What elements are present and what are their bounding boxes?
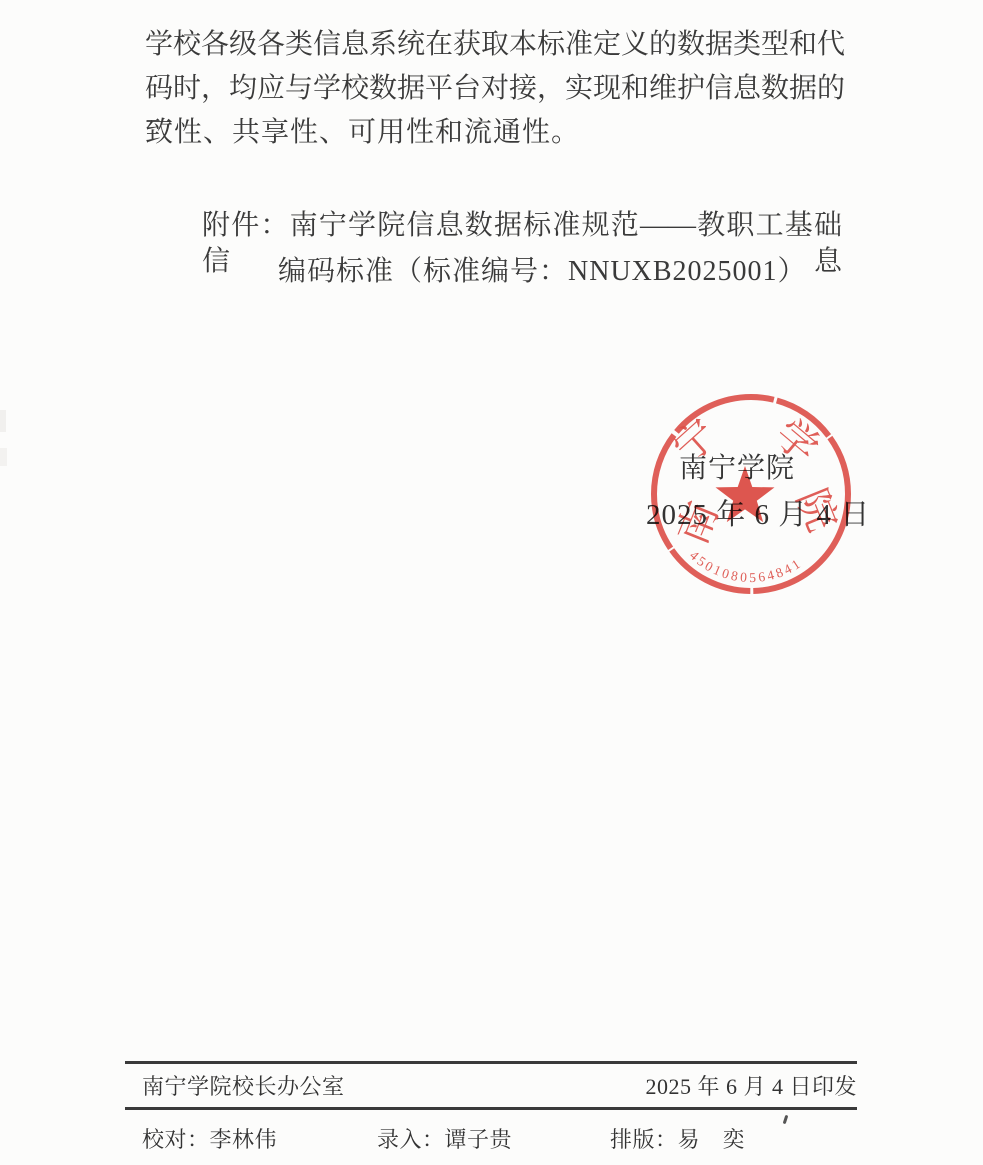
seal-char: 院 [788, 482, 846, 537]
typesetter-credit: 排版：易 奕 [610, 1123, 745, 1154]
footer-divider-top [125, 1061, 857, 1064]
body-line: 致性、共享性、可用性和流通性。 [145, 115, 580, 151]
stray-mark [783, 1115, 789, 1124]
official-seal: 南 宁 学 院 4501080564841 [646, 390, 858, 602]
proofreader-credit: 校对：李林伟 [142, 1123, 277, 1154]
footer-divider-bottom [125, 1107, 857, 1110]
scan-smudge [0, 448, 7, 466]
seal-char: 宁 [664, 410, 725, 472]
document-page: 学校各级各类信息系统在获取本标准定义的数据类型和代 码时，均应与学校数据平台对接… [0, 0, 983, 1165]
attachment-line: 编码标准（标准编号：NNUXB2025001） [278, 254, 807, 290]
seal-char: 南 [669, 495, 727, 550]
seal-char: 学 [767, 410, 828, 472]
scan-smudge [0, 410, 6, 432]
typist-credit: 录入：谭子贵 [377, 1123, 512, 1154]
issuing-office: 南宁学院校长办公室 [142, 1070, 345, 1101]
body-line: 学校各级各类信息系统在获取本标准定义的数据类型和代 [145, 27, 845, 63]
print-date: 2025 年 6 月 4 日印发 [645, 1070, 857, 1101]
